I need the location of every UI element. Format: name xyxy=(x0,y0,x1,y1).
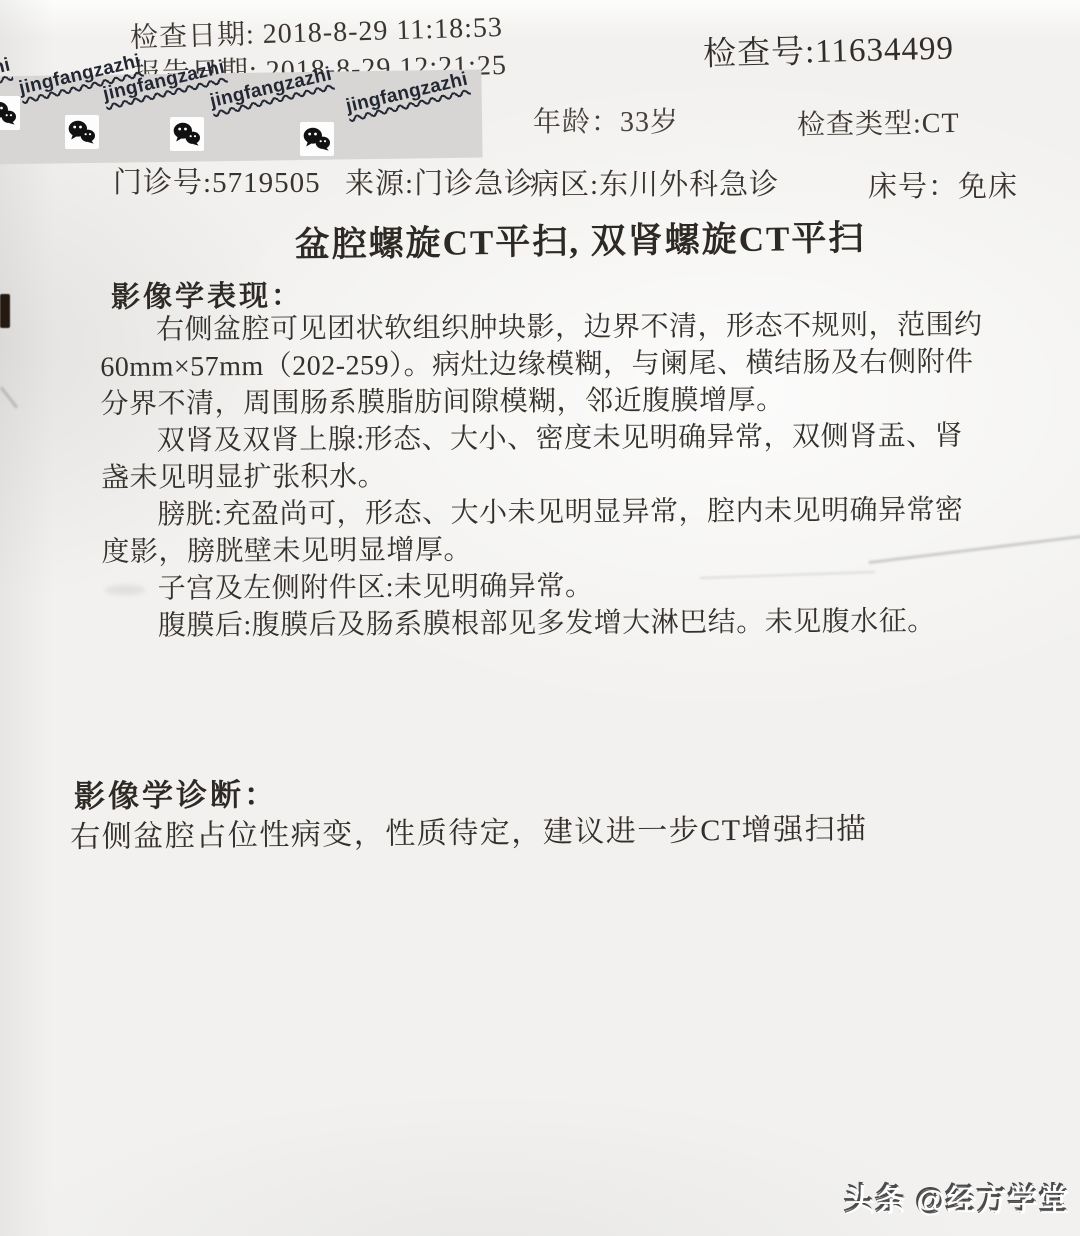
scanned-ct-report: 检查日期: 2018-8-29 11:18:53 报告日期: 2018-8-29… xyxy=(0,0,1080,1236)
bed-value: 免床 xyxy=(958,171,1018,203)
exam-type-label: 检查类型: xyxy=(797,108,922,141)
age-value: 33岁 xyxy=(620,107,679,138)
diagnosis-text: 右侧盆腔占位性病变，性质待定，建议进一步CT增强扫描 xyxy=(70,802,1050,856)
exam-number-value: 11634499 xyxy=(815,30,955,70)
report-title: 盆腔螺旋CT平扫, 双肾螺旋CT平扫 xyxy=(90,208,1071,270)
age-label: 年龄： xyxy=(533,107,620,138)
findings-heading: 影像学表现： xyxy=(111,273,303,316)
source-value: 门诊急诊 xyxy=(414,168,534,200)
exam-type-value: CT xyxy=(922,108,960,140)
findings-body: 右侧盆腔可见团状软组织肿块影，边界不清，形态不规则，范围约60mm×57mm（2… xyxy=(100,307,990,645)
wechat-icon xyxy=(300,122,334,156)
ward-field: 病区:东川外科急诊 xyxy=(530,162,779,203)
wechat-icon xyxy=(65,115,99,149)
exam-number-label: 检查号: xyxy=(703,34,816,73)
wechat-icon xyxy=(0,96,20,130)
exam-number: 检查号:11634499 xyxy=(702,21,954,75)
findings-paragraph: 子宫及左侧附件区:未见明确异常。 xyxy=(102,566,990,608)
findings-paragraph: 双肾及双肾上腺:形态、大小、密度未见明确异常，双侧肾盂、肾盏未见明显扩张积水。 xyxy=(101,418,989,497)
scan-artifact-line xyxy=(0,386,18,408)
outpatient-number: 门诊号:5719505 xyxy=(113,160,321,201)
ward-value: 东川外科急诊 xyxy=(599,169,779,201)
ward-label: 病区: xyxy=(530,169,599,201)
wechat-icon xyxy=(170,117,204,151)
source-field: 来源:门诊急诊 xyxy=(345,161,534,202)
bed-label: 床号： xyxy=(868,171,958,203)
findings-paragraph: 腹膜后:腹膜后及肠系膜根部见多发增大淋巴结。未见腹水征。 xyxy=(102,603,990,645)
patient-age: 年龄：33岁 xyxy=(533,100,679,140)
outpatient-number-label: 门诊号: xyxy=(113,167,212,199)
exam-type: 检查类型:CT xyxy=(797,101,960,143)
exam-date-value: 2018-8-29 11:18:53 xyxy=(262,12,503,50)
findings-paragraph: 膀胱:充盈尚可，形态、大小未见明显异常，腔内未见明确异常密度影，膀胱壁未见明显增… xyxy=(101,492,989,571)
outpatient-number-value: 5719505 xyxy=(212,167,321,199)
scan-artifact-dark-mark xyxy=(0,294,10,328)
exam-date-label: 检查日期: xyxy=(130,19,256,54)
source-label: 来源: xyxy=(345,168,414,200)
diagnosis-heading: 影像学诊断： xyxy=(74,769,278,816)
findings-paragraph: 右侧盆腔可见团状软组织肿块影，边界不清，形态不规则，范围约60mm×57mm（2… xyxy=(100,307,989,423)
watermark-credit: 头条 @经方学堂 xyxy=(845,1176,1071,1220)
bed-field: 床号：免床 xyxy=(868,164,1018,205)
